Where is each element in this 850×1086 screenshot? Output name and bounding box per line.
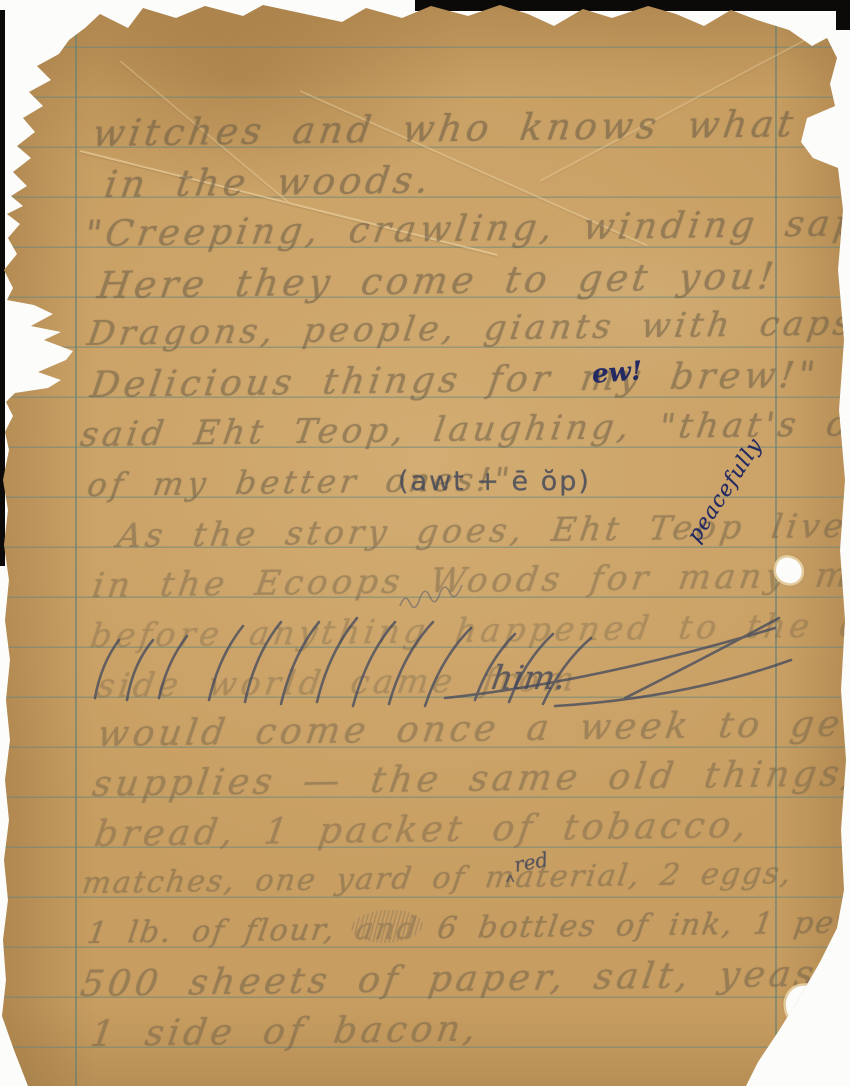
paper-sheet: witches and who knows what in the woods.… bbox=[0, 0, 850, 1086]
handwritten-line: in the woods. bbox=[102, 158, 435, 206]
scanned-page: witches and who knows what in the woods.… bbox=[0, 0, 850, 1086]
struck-out-word: and bbox=[353, 911, 421, 947]
ink-correction-ew: ew! bbox=[591, 356, 643, 389]
small-scribble bbox=[398, 582, 470, 616]
left-margin-line bbox=[75, 0, 77, 1086]
insert-caret: ^ bbox=[506, 872, 514, 893]
line-segment: 6 bottles of ink, 1 pen, bbox=[435, 905, 850, 946]
handwritten-line: 1 side of bacon, bbox=[88, 1009, 482, 1055]
strikeout-slashes bbox=[85, 602, 815, 714]
line-segment: 1 lb. of flour, bbox=[85, 913, 338, 951]
scanner-edge-top-right bbox=[836, 0, 850, 30]
scanner-edge-top bbox=[415, 0, 850, 11]
pronunciation-note: (awt + ē ŏp) bbox=[398, 466, 591, 497]
